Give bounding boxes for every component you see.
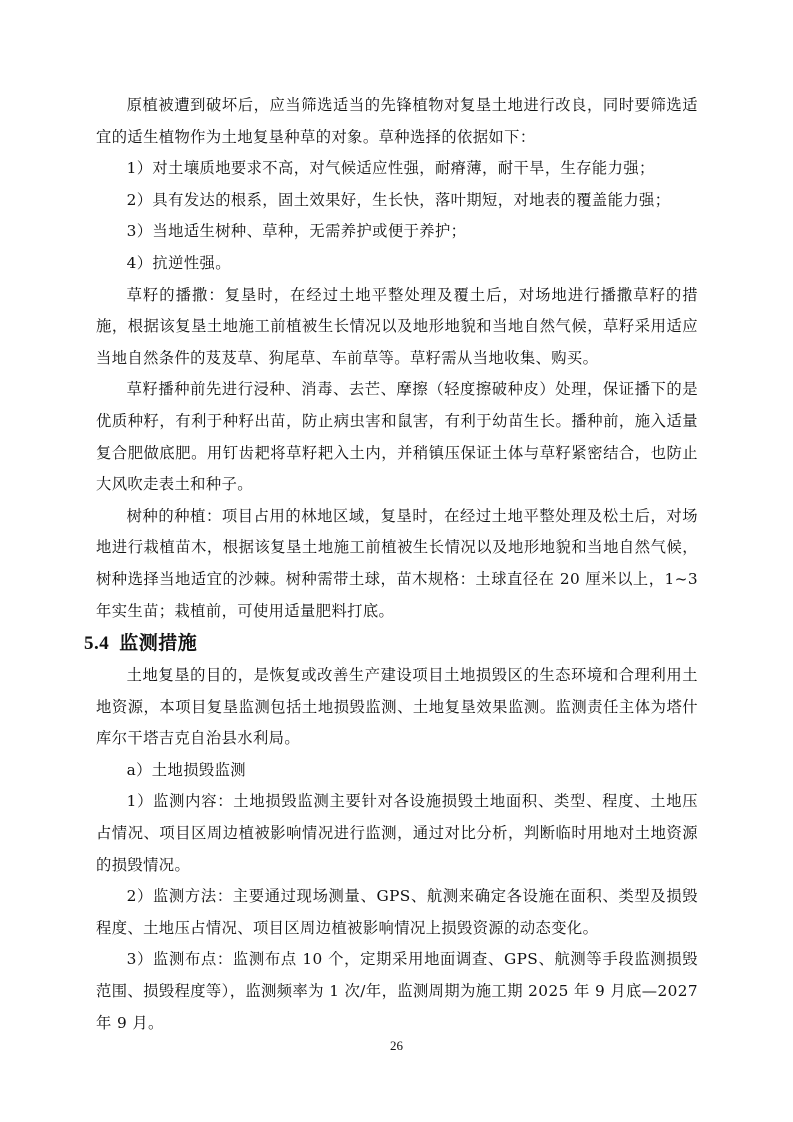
- monitoring-content: 1）监测内容：土地损毁监测主要针对各设施损毁土地面积、类型、程度、土地压占情况、…: [96, 786, 698, 881]
- paragraph-grass-seeding: 草籽的播撒：复垦时，在经过土地平整处理及覆土后，对场地进行播撒草籽的措施，根据该…: [96, 280, 698, 375]
- paragraph-monitoring-purpose: 土地复垦的目的，是恢复或改善生产建设项目土地损毁区的生态环境和合理利用土地资源，…: [96, 660, 698, 755]
- page-number: 26: [0, 1038, 793, 1054]
- section-title: 监测措施: [119, 632, 197, 654]
- section-number: 5.4: [84, 633, 109, 654]
- list-item-3: 3）当地适生树种、草种，无需养护或便于养护；: [96, 216, 698, 248]
- section-heading: 5.4监测措施: [84, 627, 698, 660]
- monitoring-method: 2）监测方法：主要通过现场测量、GPS、航测来确定各设施在面积、类型及损毁程度、…: [96, 881, 698, 944]
- document-page: 原植被遭到破坏后，应当筛选适当的先锋植物对复垦土地进行改良，同时要筛选适宜的适生…: [96, 90, 698, 1039]
- list-item-2: 2）具有发达的根系，固土效果好，生长快，落叶期短，对地表的覆盖能力强；: [96, 185, 698, 217]
- subheading-land-damage: a）土地损毁监测: [96, 755, 698, 787]
- paragraph-seed-treatment: 草籽播种前先进行浸种、消毒、去芒、摩擦（轻度擦破种皮）处理，保证播下的是优质种籽…: [96, 374, 698, 500]
- paragraph-pioneer-plants: 原植被遭到破坏后，应当筛选适当的先锋植物对复垦土地进行改良，同时要筛选适宜的适生…: [96, 90, 698, 153]
- list-item-1: 1）对土壤质地要求不高，对气候适应性强，耐瘠薄，耐干旱，生存能力强；: [96, 153, 698, 185]
- monitoring-points: 3）监测布点：监测布点 10 个，定期采用地面调查、GPS、航测等手段监测损毁范…: [96, 944, 698, 1039]
- paragraph-tree-planting: 树种的种植：项目占用的林地区域，复垦时，在经过土地平整处理及松土后，对场地进行栽…: [96, 501, 698, 627]
- list-item-4: 4）抗逆性强。: [96, 248, 698, 280]
